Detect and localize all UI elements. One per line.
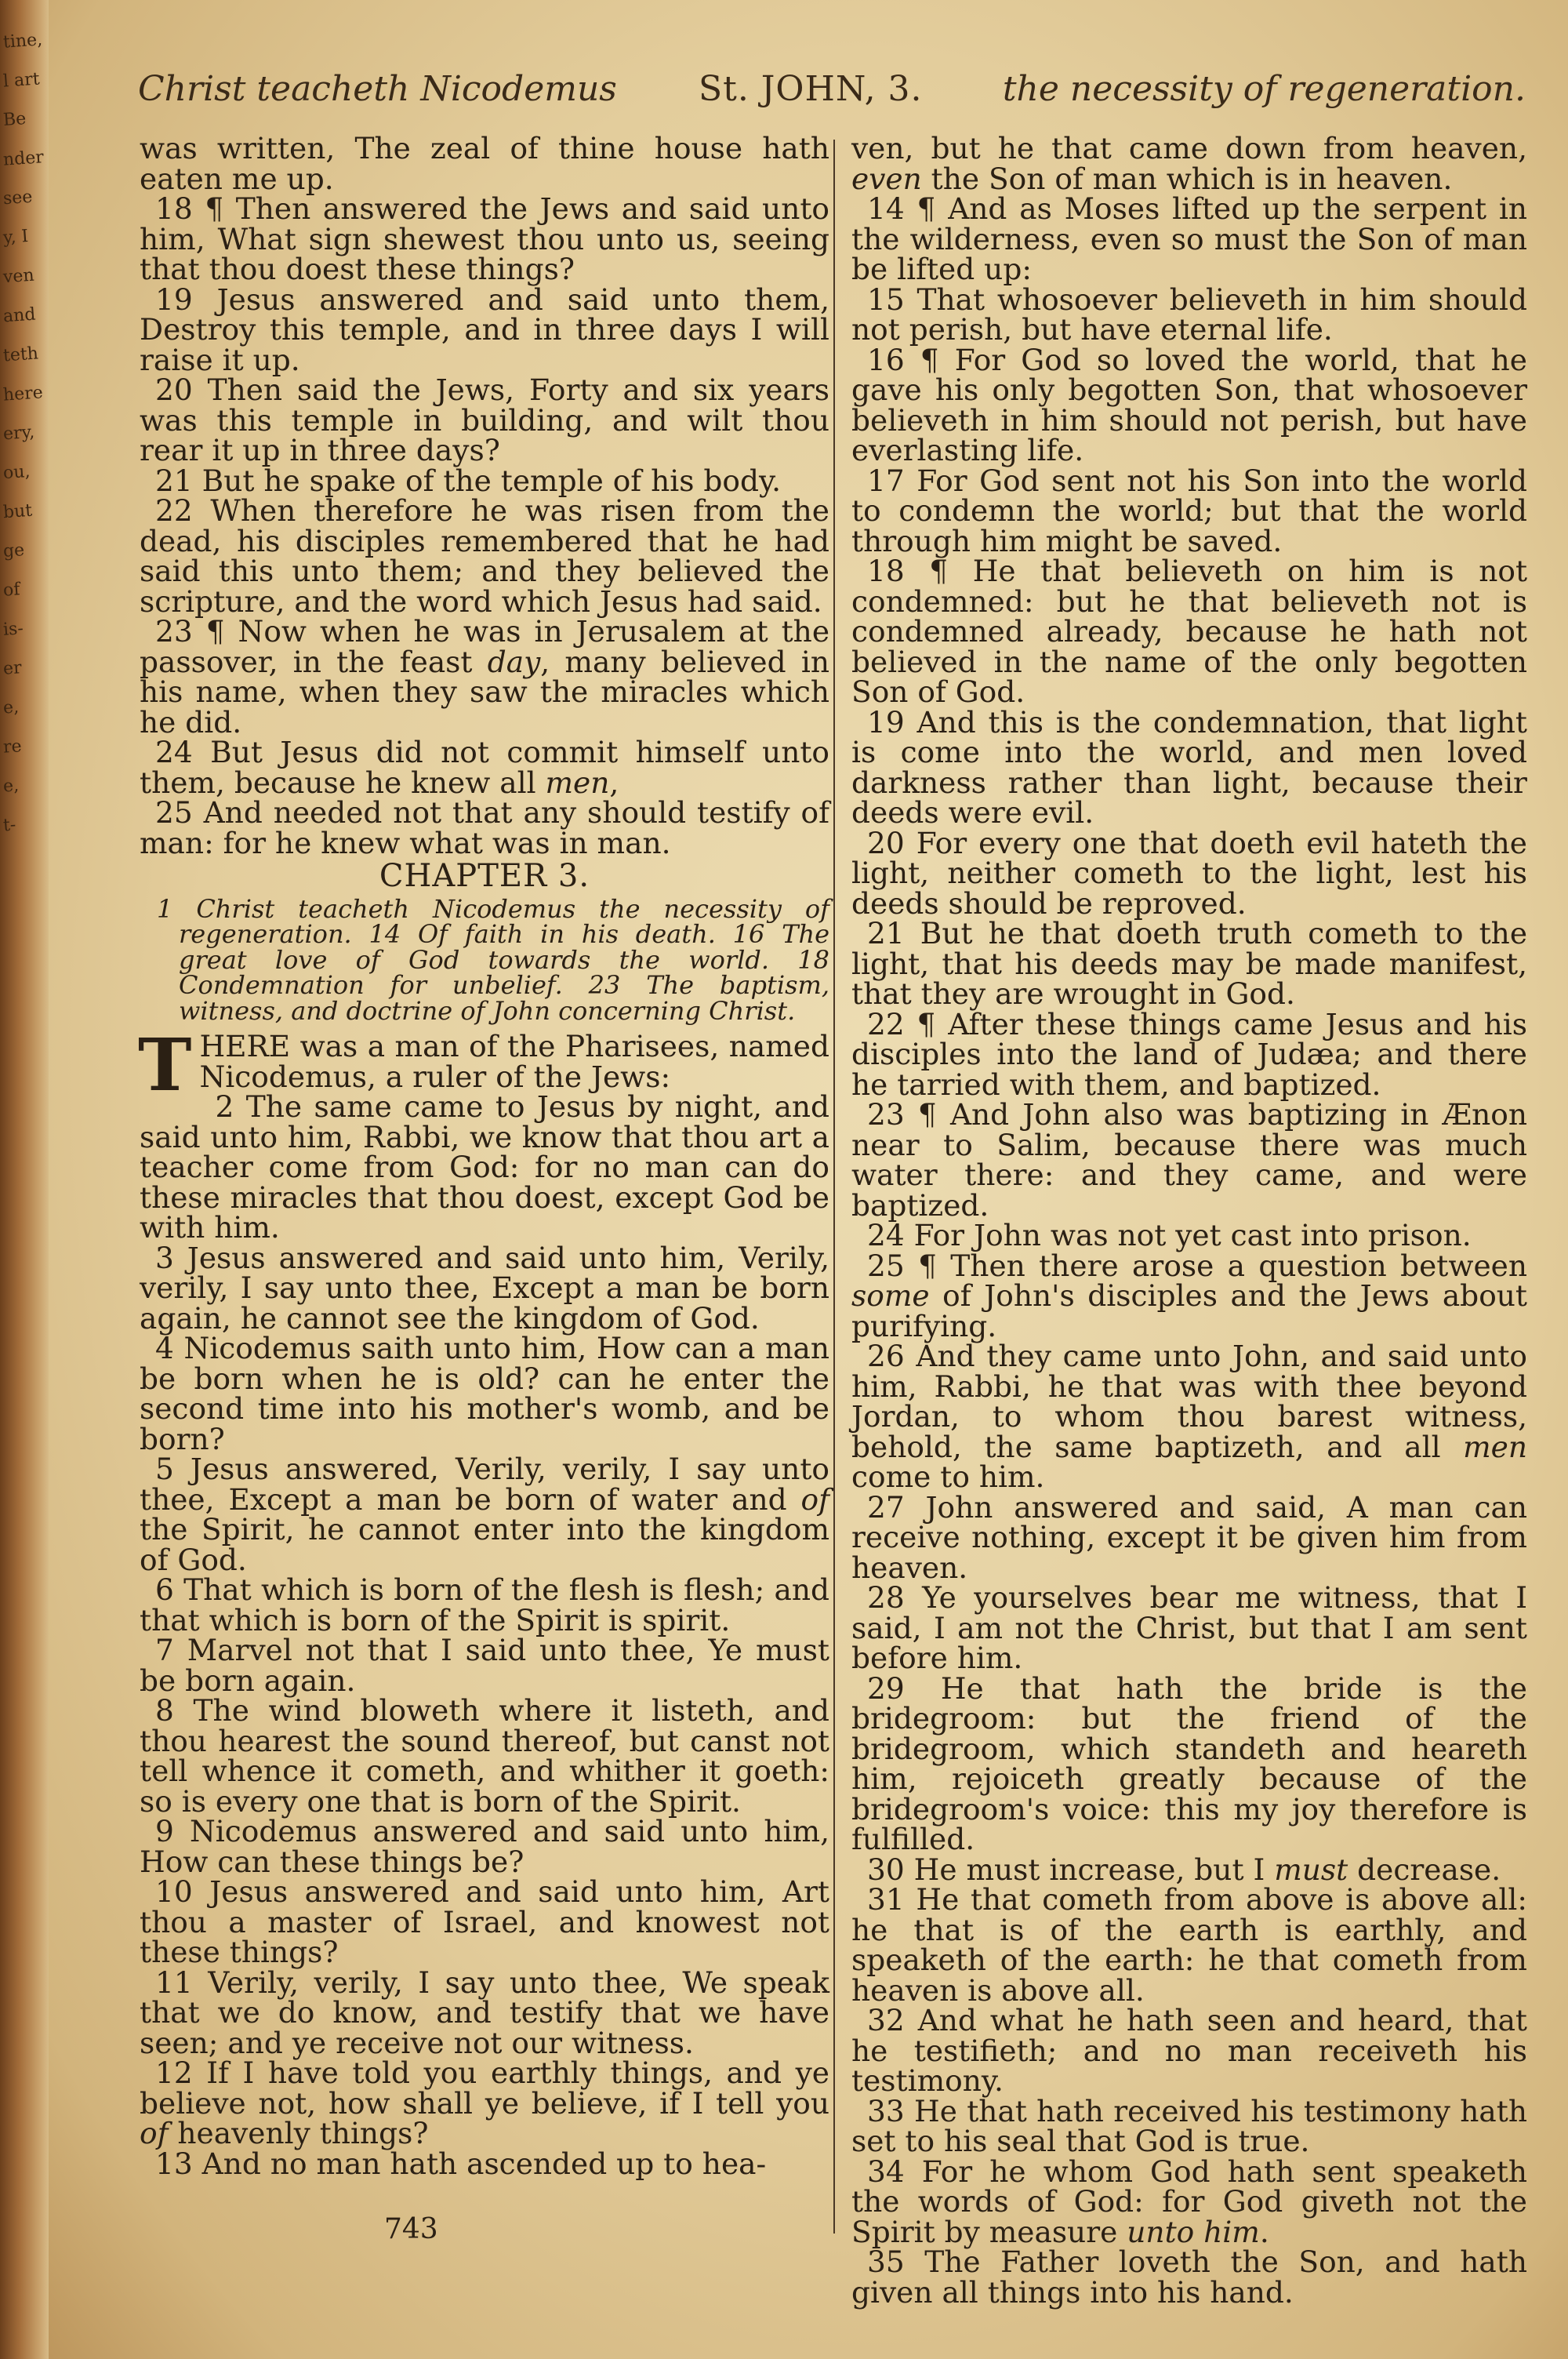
verse-number: 35 [867,2245,924,2279]
verse-number: 12 [155,2055,206,2090]
verse-number: 9 [155,1814,190,1848]
verse-35: 35 The Father loveth the Son, and hath g… [851,2247,1527,2307]
verse-28: 28 Ye yourselves bear me witness, that I… [851,1583,1527,1674]
facing-page-text-fragment: re [2,736,22,758]
verse-continuation: was written, The zeal of thine house hat… [140,133,829,194]
verse-3: 3 Jesus answered and said unto him, Veri… [140,1243,829,1334]
verse-number: 26 [867,1339,916,1373]
verse-32: 32 And what he hath seen and heard, that… [851,2005,1527,2096]
verse-number: 22 [867,1007,917,1041]
pilcrow-icon: ¶ [920,343,955,377]
right-column: ven, but he that came down from heaven, … [851,133,1527,2307]
facing-page-text-fragment: ou, [2,462,31,483]
verse-number: 23 [155,614,206,649]
italic-word: some [851,1278,930,1313]
facing-page-text-fragment: of [2,580,20,600]
verse-19: 19 Jesus answered and said unto them, De… [140,285,829,376]
pilcrow-icon: ¶ [205,191,235,226]
facing-page-text-fragment: e, [2,697,20,718]
verse-31: 31 He that cometh from above is above al… [851,1885,1527,2005]
pilcrow-icon: ¶ [206,614,238,649]
verse-4: 4 Nicodemus saith unto him, How can a ma… [140,1333,829,1454]
verse-2: 2 The same came to Jesus by night, and s… [140,1092,829,1243]
facing-page-text-fragment: y, I [2,227,29,248]
italic-word: men [546,765,610,800]
verse-number: 20 [155,373,208,407]
italic-word: men [1463,1430,1527,1464]
verse-23: 23 ¶ Now when he was in Jerusalem at the… [140,616,829,737]
verse-14: 14 ¶ And as Moses lifted up the serpent … [851,194,1527,285]
pilcrow-icon: ¶ [918,1249,950,1283]
verse-number: 23 [867,1097,918,1132]
verse-9: 9 Nicodemus answered and said unto him, … [140,1816,829,1877]
verse-number: 24 [867,1218,914,1252]
facing-page-text-fragment: t- [2,815,16,835]
verse-30: 30 He must increase, but I must decrease… [851,1855,1527,1885]
verse-number: 18 [155,191,205,226]
italic-word: day [488,645,541,679]
verse-5: 5 Jesus answered, Verily, verily, I say … [140,1454,829,1575]
italic-word: even [851,162,922,196]
facing-page-text-fragment: ge [2,540,25,562]
chapter-title: CHAPTER 3. [140,861,829,892]
column-divider [833,140,835,2234]
facing-page-text-fragment: l art [2,69,40,91]
verse-8: 8 The wind bloweth where it listeth, and… [140,1696,829,1816]
verse-21: 21 But he that doeth truth cometh to the… [851,918,1527,1009]
verse-number: 4 [155,1331,183,1365]
italic-word: of [801,1482,829,1517]
verse-20: 20 For every one that doeth evil hateth … [851,828,1527,919]
left-column: was written, The zeal of thine house hat… [140,133,829,2179]
pilcrow-icon: ¶ [917,1007,949,1041]
verse-number: 33 [867,2094,914,2128]
verse-25: 25 ¶ Then there arose a question between… [851,1251,1527,1342]
continued-verses: was written, The zeal of thine house hat… [140,133,829,858]
verse-number: 22 [155,493,210,528]
facing-page-text-fragment: here [2,383,43,405]
facing-page-text-fragment: nder [2,147,44,170]
verse-number: 11 [155,1965,208,2000]
verse-25: 25 And needed not that any should testif… [140,798,829,858]
verse-1: THERE was a man of the Pharisees, named … [140,1031,829,1092]
verse-number: 3 [155,1241,187,1275]
verse-22: 22 When therefore he was risen from the … [140,496,829,616]
verse-number: 24 [155,735,210,769]
verse-number: 8 [155,1693,194,1728]
verse-number: 19 [155,282,217,317]
verse-number: 15 [867,282,916,317]
verse-7: 7 Marvel not that I said unto thee, Ye m… [140,1635,829,1696]
header-right: the necessity of regeneration. [1003,69,1526,109]
verse-16: 16 ¶ For God so loved the world, that he… [851,345,1527,466]
chapter-3-verses-right: ven, but he that came down from heaven, … [851,133,1527,2307]
verse-number: 27 [867,1490,926,1525]
verse-24: 24 For John was not yet cast into prison… [851,1220,1527,1251]
facing-page-text-fragment: tine, [2,30,43,52]
verse-15: 15 That whosoever believeth in him shoul… [851,285,1527,345]
verse-number: 17 [867,463,916,498]
chapter-3-verses-left: 2 The same came to Jesus by night, and s… [140,1092,829,2179]
page-number: 743 [384,2213,438,2245]
facing-page-text-fragment: and [2,305,36,327]
verse-number: 6 [155,1572,183,1607]
verse-34: 34 For he whom God hath sent speaketh th… [851,2157,1527,2248]
verse-number: 14 [867,191,917,226]
verse-number: 28 [867,1580,922,1615]
verse-24: 24 But Jesus did not commit himself unto… [140,737,829,798]
facing-page-text-fragment: see [2,187,33,209]
verse-number: 10 [155,1874,209,1909]
verse-20: 20 Then said the Jews, Forty and six yea… [140,375,829,466]
verse-27: 27 John answered and said, A man can rec… [851,1492,1527,1583]
verse-22: 22 ¶ After these things came Jesus and h… [851,1009,1527,1100]
verse-number: 29 [867,1671,941,1706]
italic-word: must [1274,1852,1348,1887]
italic-word: of [140,2116,168,2150]
verse-number: 21 [155,463,202,498]
facing-page-text-fragment: ven [2,266,34,288]
facing-page-text-fragment: teth [2,343,39,365]
facing-page-text-fragment: Be [2,109,27,130]
verse-13: 13 And no man hath ascended up to hea- [140,2149,829,2179]
verse-number: 32 [867,2003,918,2037]
facing-page-text-fragment: e, [2,776,20,796]
verse-23: 23 ¶ And John also was baptizing in Ænon… [851,1100,1527,1220]
verse-29: 29 He that hath the bride is the bridegr… [851,1674,1527,1855]
verse-11: 11 Verily, verily, I say unto thee, We s… [140,1968,829,2059]
verse-12: 12 If I have told you earthly things, an… [140,2058,829,2149]
facing-page-text-fragment: ery, [2,423,35,445]
italic-word: unto him [1127,2215,1260,2249]
verse-21: 21 But he spake of the temple of his bod… [140,466,829,496]
header-left: Christ teacheth Nicodemus [138,69,617,109]
facing-page-edge: tine,l artBenderseey, Ivenandtethhereery… [0,0,49,2359]
verse-26: 26 And they came unto John, and said unt… [851,1341,1527,1492]
facing-page-text-fragment: but [2,501,33,523]
pilcrow-icon: ¶ [918,1097,950,1132]
verse-6: 6 That which is born of the flesh is fle… [140,1575,829,1635]
verse-number: 16 [867,343,920,377]
verse-33: 33 He that hath received his testimony h… [851,2096,1527,2157]
verse-number: 18 [867,554,929,588]
verse-number: 31 [867,1882,916,1917]
verse-1-text: HERE was a man of the Pharisees, named N… [199,1029,829,1094]
verse-number: 13 [155,2146,202,2181]
header-center-book-chapter: St. JOHN, 3. [699,69,923,109]
verse-number: 2 [215,1089,245,1124]
book-page: tine,l artBenderseey, Ivenandtethhereery… [0,0,1568,2359]
verse-10: 10 Jesus answered and said unto him, Art… [140,1877,829,1968]
verse-18: 18 ¶ Then answered the Jews and said unt… [140,194,829,285]
facing-page-text-fragment: is- [2,619,24,640]
verse-number: 25 [867,1249,918,1283]
chapter-summary: 1 Christ teacheth Nicodemus the necessit… [140,896,829,1024]
drop-cap: T [138,1034,191,1096]
verse-number: 20 [867,826,916,860]
facing-page-text-fragment: er [2,658,22,679]
pilcrow-icon: ¶ [929,554,972,588]
verse-17: 17 For God sent not his Son into the wor… [851,466,1527,557]
pilcrow-icon: ¶ [917,191,949,226]
verse-number: 30 [867,1852,914,1887]
running-header: Christ teacheth Nicodemus St. JOHN, 3. t… [138,69,1526,116]
verse-number: 5 [155,1452,191,1486]
verse-18: 18 ¶ He that believeth on him is not con… [851,556,1527,707]
verse-19: 19 And this is the condemnation, that li… [851,707,1527,828]
verse-number: 7 [155,1633,187,1667]
verse-number: 21 [867,916,920,951]
verse-number: 34 [867,2154,922,2189]
verse-continuation: ven, but he that came down from heaven, … [851,133,1527,194]
verse-number: 19 [867,705,916,740]
verse-number: 25 [155,795,204,830]
